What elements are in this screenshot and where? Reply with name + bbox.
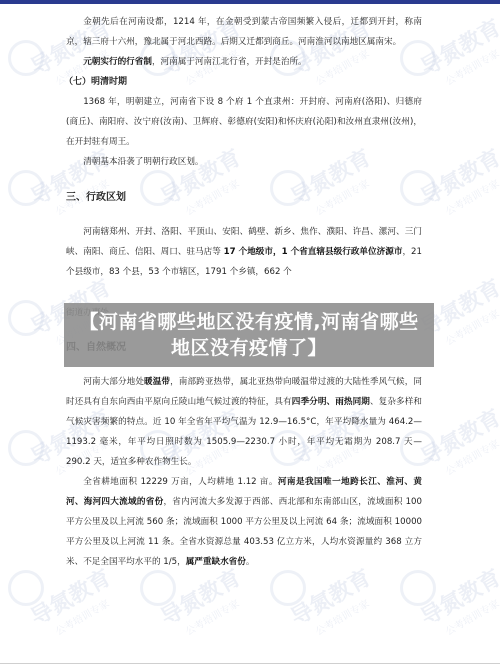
water-text: 。 [246, 557, 255, 567]
climate-text: 河南大部分地处 [83, 377, 144, 387]
watermark-logo-icon [8, 300, 44, 336]
watermark-logo-icon [8, 430, 44, 466]
watermark-text: 导氮教育公考培训专家 [154, 561, 253, 645]
watermark-text: 导氮教育公考培训专家 [414, 141, 500, 225]
ming-qing-heading: （七）明清时期 [64, 72, 422, 92]
admin-divisions-paragraph: 河南辖郑州、开封、洛阳、平顶山、安阳、鹤壁、新乡、焦作、濮阳、许昌、漯河、三门峡… [66, 222, 422, 282]
watermark-logo-icon [140, 570, 176, 606]
watermark-text: 导氮教育公考培训专家 [414, 401, 500, 485]
yuan-bold-text: 元朝实行的行省制 [83, 57, 152, 67]
watermark-logo-icon [400, 570, 436, 606]
climate-bold-text: 暖温带 [144, 377, 170, 387]
watermark-text: 导氮教育公考培训专家 [414, 561, 500, 645]
water-paragraph: 全省耕地面积 12229 万亩，人均耕地 1.12 亩。河南是我国唯一地跨长江、… [66, 472, 422, 572]
watermark-logo-icon [8, 40, 44, 76]
overlay-title: 【河南省哪些地区没有疫情,河南省哪些地区没有疫情了】 [64, 309, 434, 361]
climate-bold-text: 四季分明、雨热同期 [292, 397, 370, 407]
qing-dynasty-paragraph: 清朝基本沿袭了明朝行政区划。 [66, 152, 422, 172]
document-page-lower: 河南大部分地处暖温带，南部跨亚热带，属北亚热带向暖温带过渡的大陆性季风气候，同时… [66, 372, 422, 572]
water-bold-text: 属严重缺水省份 [186, 557, 246, 567]
jin-dynasty-paragraph: 金朝先后在河南设都，1214 年，在金朝受到蒙古帝国频繁入侵后，迁都到开封，称南… [66, 12, 422, 52]
watermark-text: 导氮教育公考培训专家 [414, 11, 500, 95]
section-admin-divisions-heading: 三、行政区划 [66, 188, 422, 208]
climate-paragraph: 河南大部分地处暖温带，南部跨亚热带，属北亚热带向暖温带过渡的大陆性季风气候，同时… [66, 372, 422, 472]
climate-text: 、复杂多样和气候灾害频繁的特点。近 10 年全省年平均气温为 12.9—16.5… [66, 397, 422, 467]
ming-dynasty-paragraph: 1368 年，明朝建立，河南省下设 8 个府 1 个直隶州：开封府、河南府(洛阳… [66, 92, 422, 152]
title-overlay-banner: 【河南省哪些地区没有疫情,河南省哪些地区没有疫情了】 [64, 303, 434, 367]
page-bottom-divider [0, 663, 500, 664]
watermark-logo-icon [8, 570, 44, 606]
yuan-text: ，河南属于河南江北行省，开封是治所。 [152, 57, 307, 67]
watermark-text: 导氮教育公考培训专家 [284, 561, 383, 645]
watermark-logo-icon [8, 170, 44, 206]
yuan-dynasty-paragraph: 元朝实行的行省制，河南属于河南江北行省，开封是治所。 [66, 52, 422, 72]
watermark-logo-icon [270, 570, 306, 606]
water-text: 全省耕地面积 12229 万亩，人均耕地 1.12 亩。 [83, 477, 278, 487]
admin-bold-text: 17 个地级市，1 个省直辖县级行政单位济源市 [224, 247, 403, 257]
header-bar [0, 0, 500, 4]
document-page: 金朝先后在河南设都，1214 年，在金朝受到蒙古帝国频繁入侵后，迁都到开封，称南… [66, 12, 422, 282]
watermark-text: 导氮教育公考培训专家 [24, 561, 123, 645]
